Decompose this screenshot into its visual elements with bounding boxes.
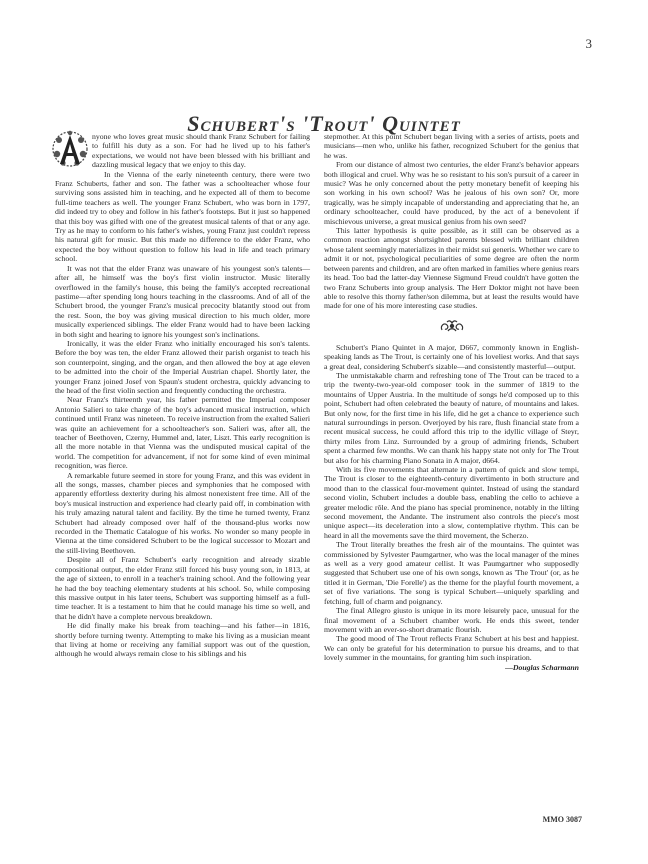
page-number: 3 bbox=[586, 36, 593, 52]
paragraph: The good mood of The Trout reflects Fran… bbox=[324, 634, 579, 662]
left-column: nyone who loves great music should thank… bbox=[55, 132, 310, 672]
paragraph: Schubert's Piano Quintet in A major, D66… bbox=[324, 343, 579, 371]
paragraph: The Trout literally breathes the fresh a… bbox=[324, 540, 579, 606]
paragraph: From our distance of almost two centurie… bbox=[324, 160, 579, 226]
article-columns: nyone who loves great music should thank… bbox=[55, 132, 579, 672]
paragraph: Ironically, it was the elder Franz who i… bbox=[55, 339, 310, 395]
paragraph: This latter hypothesis is quite possible… bbox=[324, 226, 579, 311]
right-column: stepmother. At this point Schubert began… bbox=[324, 132, 579, 672]
paragraph: nyone who loves great music should thank… bbox=[55, 132, 310, 170]
paragraph: A remarkable future seemed in store for … bbox=[55, 471, 310, 556]
catalog-code: MMO 3087 bbox=[543, 815, 582, 824]
paragraph: The unmistakable charm and refreshing to… bbox=[324, 371, 579, 465]
author-signature: —Douglas Scharmann bbox=[324, 663, 579, 672]
paragraph: It was not that the elder Franz was unaw… bbox=[55, 264, 310, 339]
paragraph: Near Franz's thirteenth year, his father… bbox=[55, 395, 310, 470]
floral-ornament-icon bbox=[439, 319, 465, 333]
section-divider bbox=[324, 319, 579, 333]
dropcap-a-icon bbox=[51, 128, 89, 170]
paragraph: In the Vienna of the early nineteenth ce… bbox=[55, 170, 310, 264]
paragraph: With its five movements that alternate i… bbox=[324, 465, 579, 540]
paragraph: The final Allegro giusto is unique in it… bbox=[324, 606, 579, 634]
paragraph: He did finally make his break from teach… bbox=[55, 621, 310, 659]
paragraph: Despite all of Franz Schubert's early re… bbox=[55, 555, 310, 621]
paragraph: stepmother. At this point Schubert began… bbox=[324, 132, 579, 160]
